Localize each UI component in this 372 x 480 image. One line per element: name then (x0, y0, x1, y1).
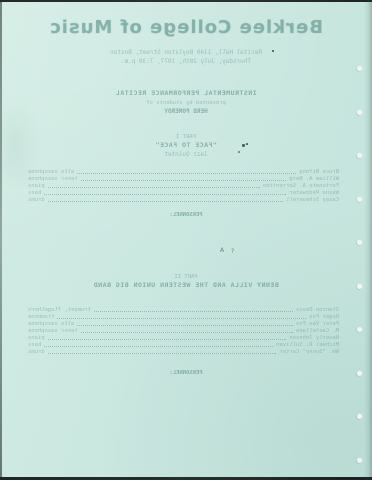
program-row: Michael R. Sullivan bass (28, 341, 339, 348)
ink-speck (246, 143, 248, 145)
binder-hole (357, 66, 362, 71)
instrument-name: tenor saxophone (28, 176, 78, 182)
part1-label: PART I (0, 134, 372, 140)
dotted-leader (48, 201, 283, 202)
binder-hole (357, 197, 362, 202)
part2-label: PART II (0, 274, 372, 280)
dotted-leader (77, 173, 296, 174)
instrument-name: trombone (28, 314, 55, 320)
performer-name: Michael R. Sullivan (276, 342, 339, 348)
performer-name: Fortunato A. Sorrentino (263, 183, 339, 189)
instrument-name: bass (28, 342, 41, 348)
part2-title: BENNY VILLA AND THE WESTERN UNION BIG BA… (0, 282, 372, 290)
instrument-name: trumpet, flugelhorn (28, 307, 91, 313)
program-row: Stanton Davis trumpet, flugelhorn (28, 306, 339, 313)
instrument-name: alto saxophone (28, 169, 74, 175)
pencil-mark-a: A (220, 247, 224, 254)
college-logo-text: Berklee College of Music (0, 17, 372, 38)
performer-name: Peter Van Fox (296, 321, 339, 327)
dotted-leader (94, 311, 293, 312)
ink-speck (238, 151, 240, 153)
dotted-leader (48, 187, 260, 188)
scan-edge-top (0, 0, 372, 2)
scanned-program-page: Berklee College of Music Recital Hall, 1… (0, 0, 372, 480)
dotted-leader (81, 332, 293, 333)
instrument-name: piano (28, 335, 45, 341)
program-row: Casey Scheuerell drums (28, 196, 339, 203)
performer-name: Wm. "Sonny" Carter (279, 349, 339, 355)
instrument-name: drums (28, 197, 45, 203)
performer-name: Stanton Davis (296, 307, 339, 313)
director-line: HERB POMEROY (0, 108, 372, 115)
performer-name: Roger Fox (309, 314, 339, 320)
ink-speck (242, 144, 245, 147)
program-row: Beverly Johnson piano (28, 334, 339, 341)
performer-name: M. Castellano (296, 328, 339, 334)
part1-title: "FACE TO FACE" (0, 142, 372, 150)
pencil-mark-question: ? (231, 248, 234, 255)
binder-hole (357, 327, 362, 332)
performer-name: Beverly Johnson (289, 335, 339, 341)
program-row: William A. Berg tenor saxophone (28, 175, 339, 182)
binder-hole (357, 414, 362, 419)
instrument-name: bass (28, 190, 41, 196)
binder-hole (357, 240, 362, 245)
scan-edge-left (0, 0, 2, 480)
dotted-leader (44, 194, 286, 195)
program-row: Wayne Pedzwater bass (28, 189, 339, 196)
program-row: M. Castellano tenor saxophone (28, 327, 339, 334)
presented-line: presented by students of (0, 100, 372, 106)
binder-hole (357, 110, 362, 115)
program-row: Roger Fox trombone (28, 313, 339, 320)
instrument-name: alto saxophone (28, 321, 74, 327)
part2-personnel-heading: PERSONNEL: (0, 370, 372, 376)
program-row: Fortunato A. Sorrentino piano (28, 182, 339, 189)
binder-hole (357, 458, 362, 463)
instrument-name: drums (28, 349, 45, 355)
instrument-name: tenor saxophone (28, 328, 78, 334)
program-row: Peter Van Fox alto saxophone (28, 320, 339, 327)
date-line: Thursday, July 28th, 1977, 7:30 p.m. (0, 58, 372, 65)
program-row: Wm. "Sonny" Carter drums (28, 348, 339, 355)
part1-subtitle: Jazz Quintet (0, 151, 372, 158)
performer-name: William A. Berg (289, 176, 339, 182)
part2-program-table: Stanton Davis trumpet, flugelhorn Roger … (28, 306, 339, 355)
dotted-leader (58, 318, 307, 319)
dotted-leader (48, 353, 277, 354)
dotted-leader (44, 346, 273, 347)
recital-title: INSTRUMENTAL PERFORMANCE RECITAL (0, 90, 372, 98)
binder-hole (357, 371, 362, 376)
scan-edge-right-shadow (364, 0, 372, 480)
performer-name: Bruce Nifong (299, 169, 339, 175)
dotted-leader (77, 325, 293, 326)
part1-personnel-heading: PERSONNEL: (0, 212, 372, 218)
binder-hole (357, 153, 362, 158)
performer-name: Casey Scheuerell (286, 197, 339, 203)
bleed-through-layer: Berklee College of Music Recital Hall, 1… (0, 0, 372, 480)
performer-name: Wayne Pedzwater (289, 190, 339, 196)
program-row: Bruce Nifong alto saxophone (28, 168, 339, 175)
venue-line: Recital Hall, 1140 Boylston Street, Bost… (0, 49, 372, 56)
ink-speck (272, 50, 274, 52)
instrument-name: piano (28, 183, 45, 189)
part1-program-table: Bruce Nifong alto saxophone William A. B… (28, 168, 339, 203)
dotted-leader (48, 339, 287, 340)
binder-hole (357, 284, 362, 289)
dotted-leader (81, 180, 287, 181)
